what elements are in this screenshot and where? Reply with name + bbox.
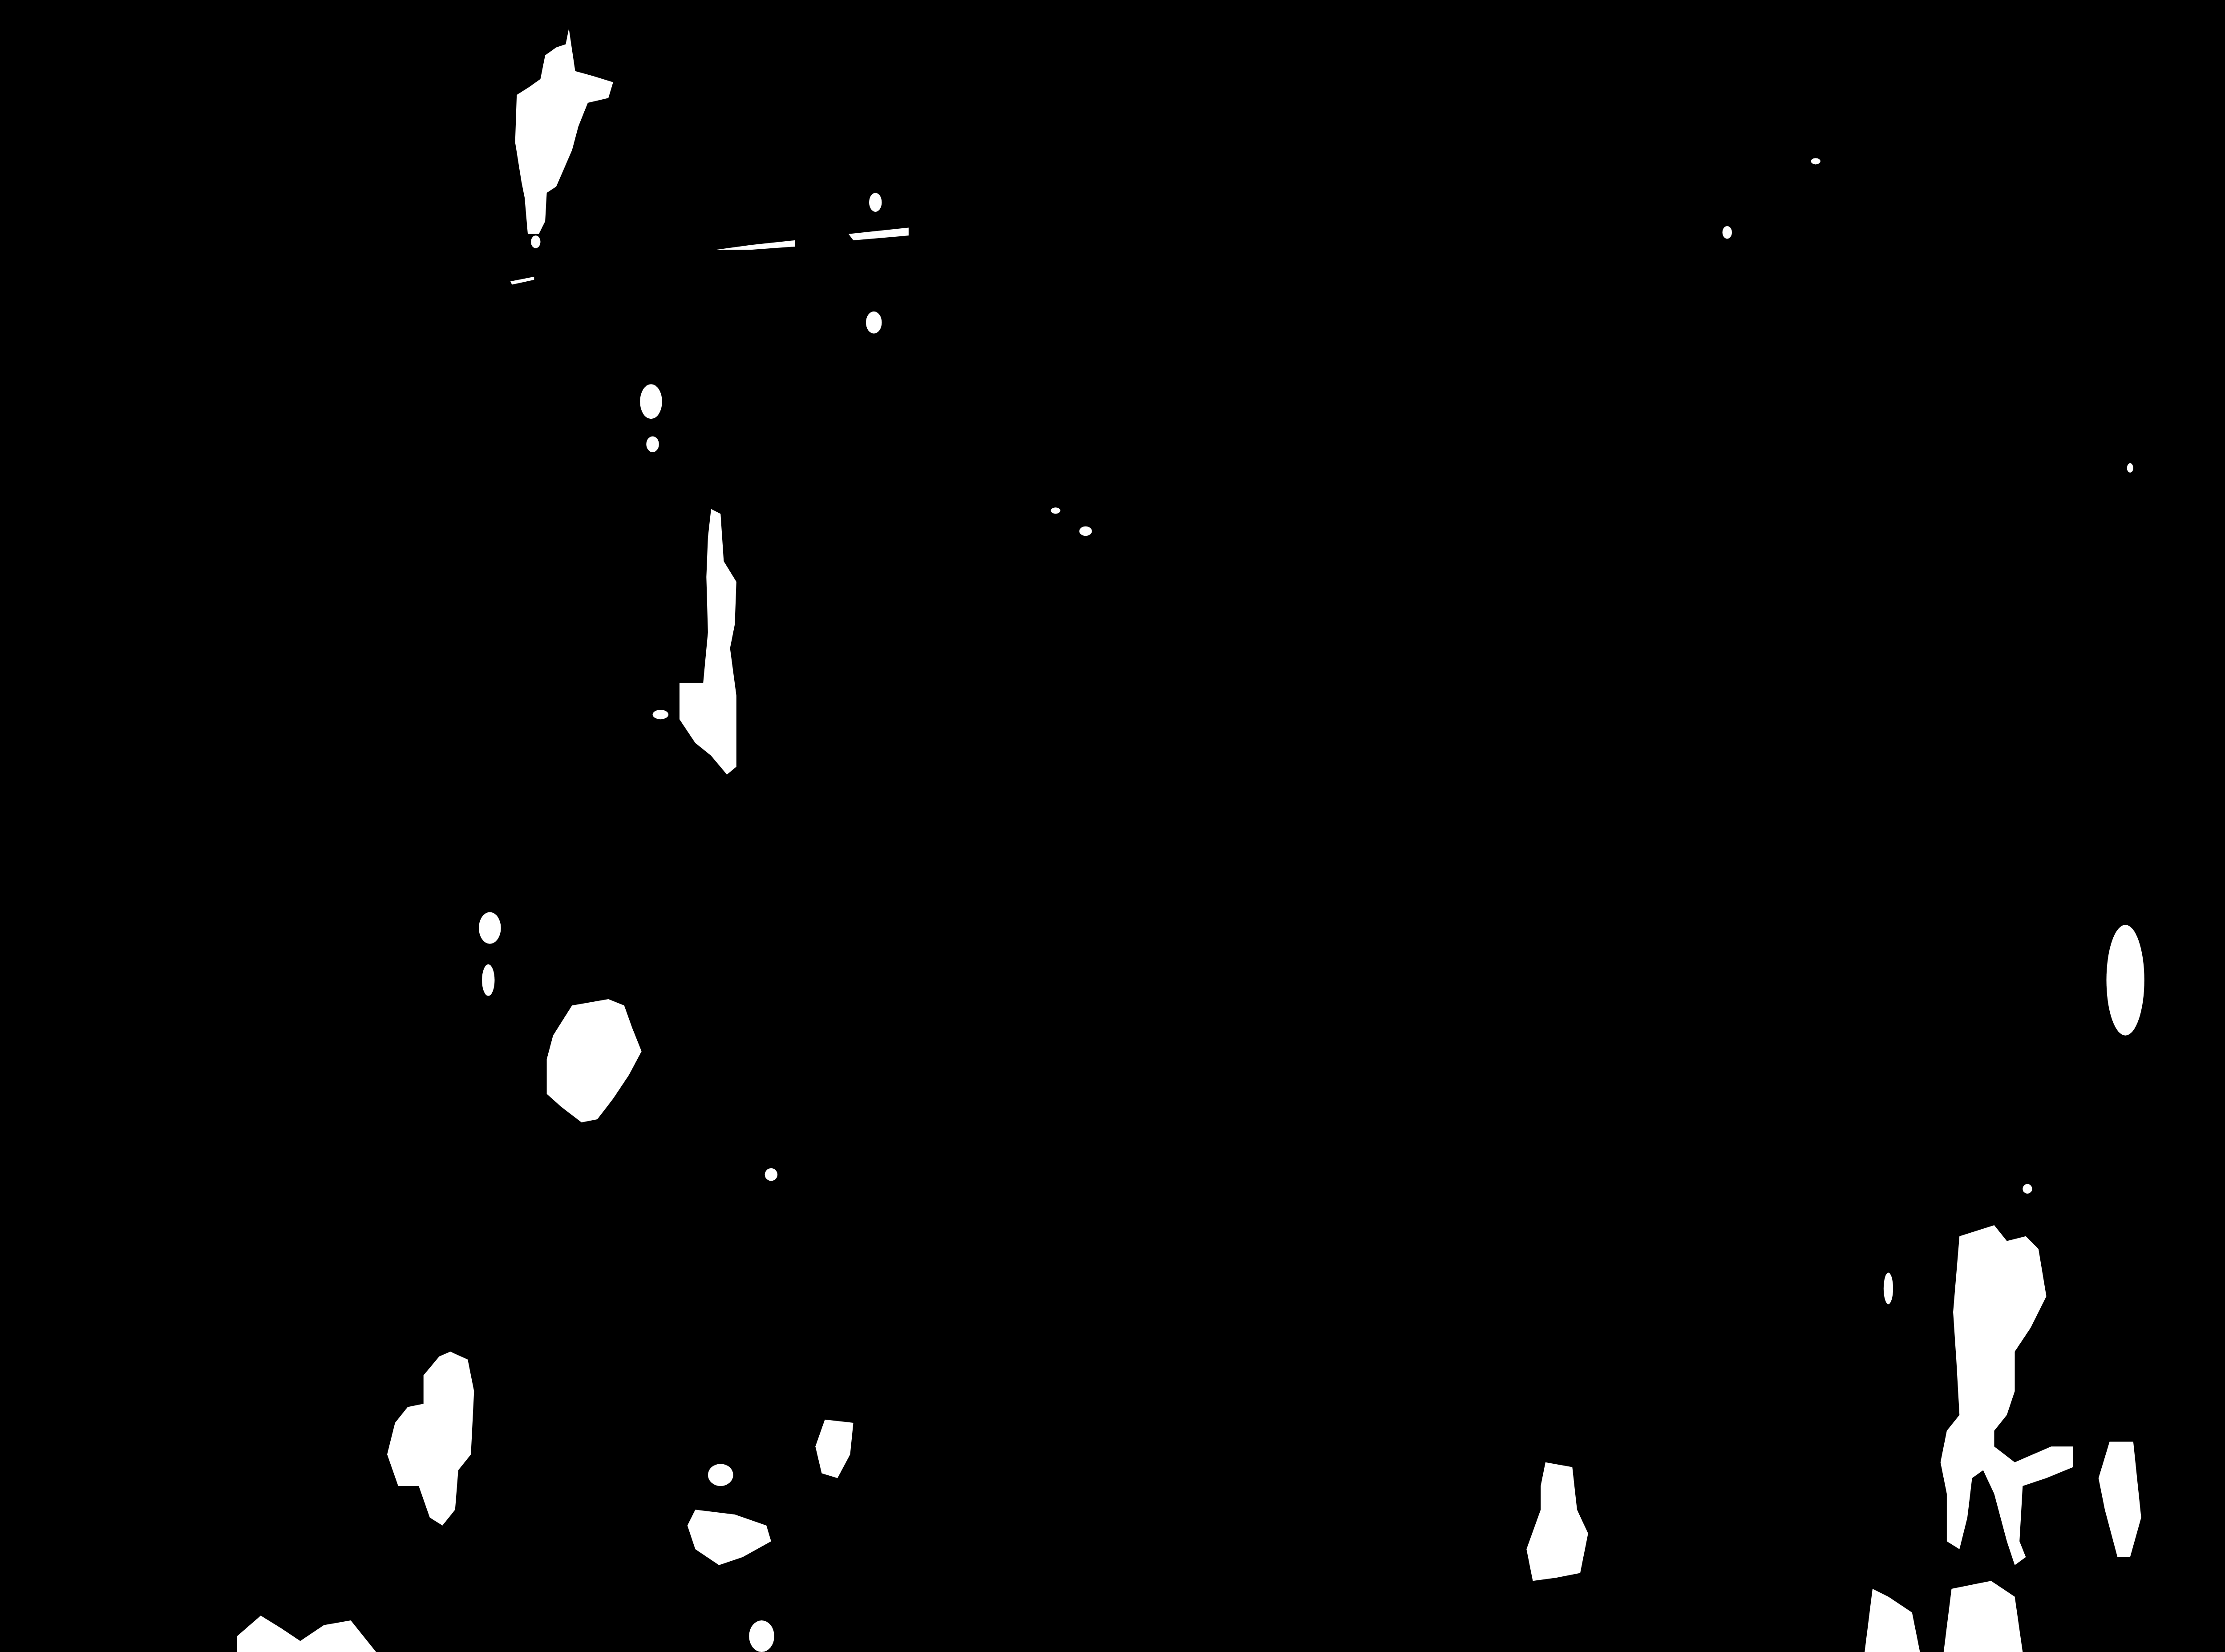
mask-blob: [482, 964, 494, 996]
mask-background: [0, 0, 2225, 1652]
mask-blob: [479, 912, 501, 944]
mask-blob: [2023, 1184, 2032, 1194]
mask-blob: [646, 436, 659, 452]
mask-blob: [653, 710, 669, 719]
mask-blob: [1079, 526, 1092, 536]
mask-blob: [1051, 507, 1060, 514]
segmentation-mask: [0, 0, 2225, 1652]
mask-blob: [640, 384, 662, 419]
mask-blob: [2107, 925, 2144, 1036]
mask-blob: [2127, 463, 2133, 473]
mask-blob: [866, 312, 882, 334]
mask-blob: [765, 1168, 777, 1181]
mask-blob: [531, 235, 540, 248]
mask-blob: [869, 193, 882, 212]
mask-blob: [1723, 226, 1732, 239]
mask-blob: [708, 1464, 733, 1486]
mask-blob: [1884, 1272, 1893, 1304]
mask-blob: [1811, 158, 1820, 164]
mask-blob: [749, 1620, 774, 1652]
